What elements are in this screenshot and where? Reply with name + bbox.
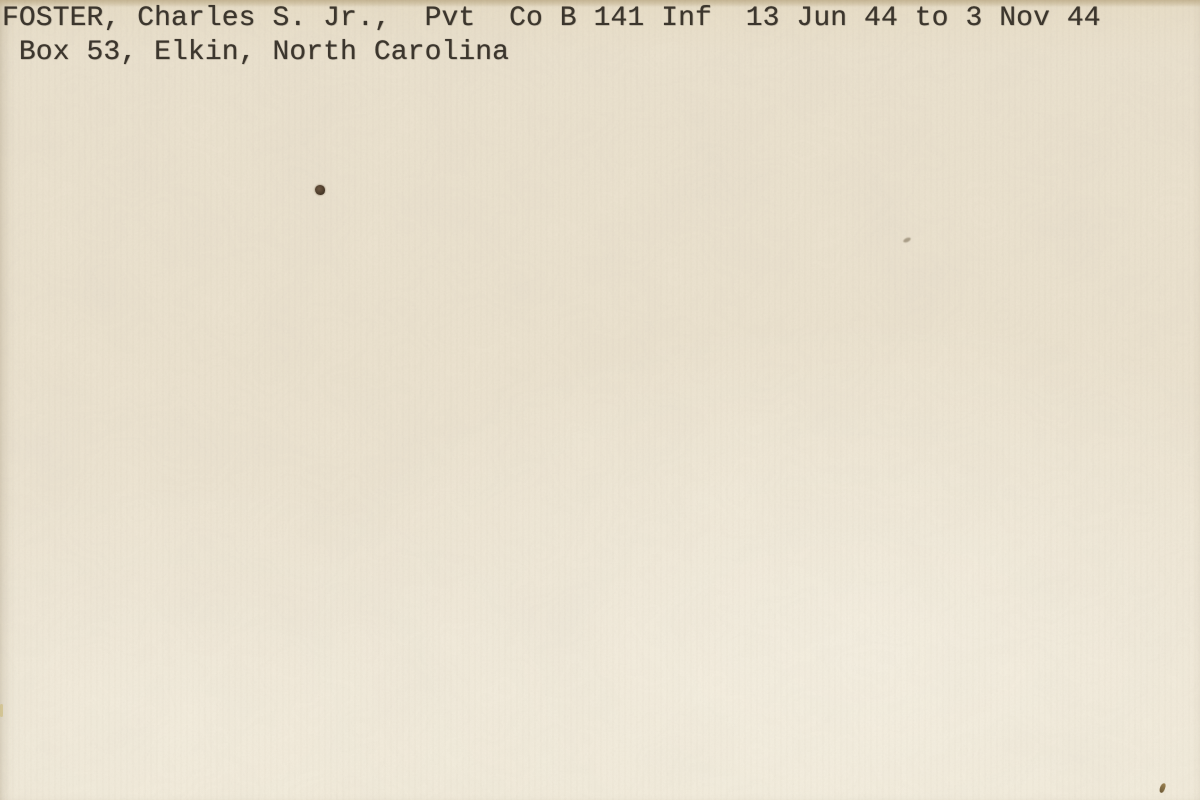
typed-line-1: FOSTER, Charles S. Jr., Pvt Co B 141 Inf… (2, 2, 1101, 35)
index-card: FOSTER, Charles S. Jr., Pvt Co B 141 Inf… (0, 0, 1200, 800)
typed-line-2: Box 53, Elkin, North Carolina (2, 36, 509, 69)
faint-speck-mark (903, 237, 912, 244)
ink-dot-mark (315, 185, 325, 195)
left-edge-fiber (0, 704, 3, 717)
paper-fiber-streaks (0, 0, 1200, 800)
bottom-edge-fleck (1159, 782, 1167, 793)
paper-grain-texture (0, 0, 1200, 800)
